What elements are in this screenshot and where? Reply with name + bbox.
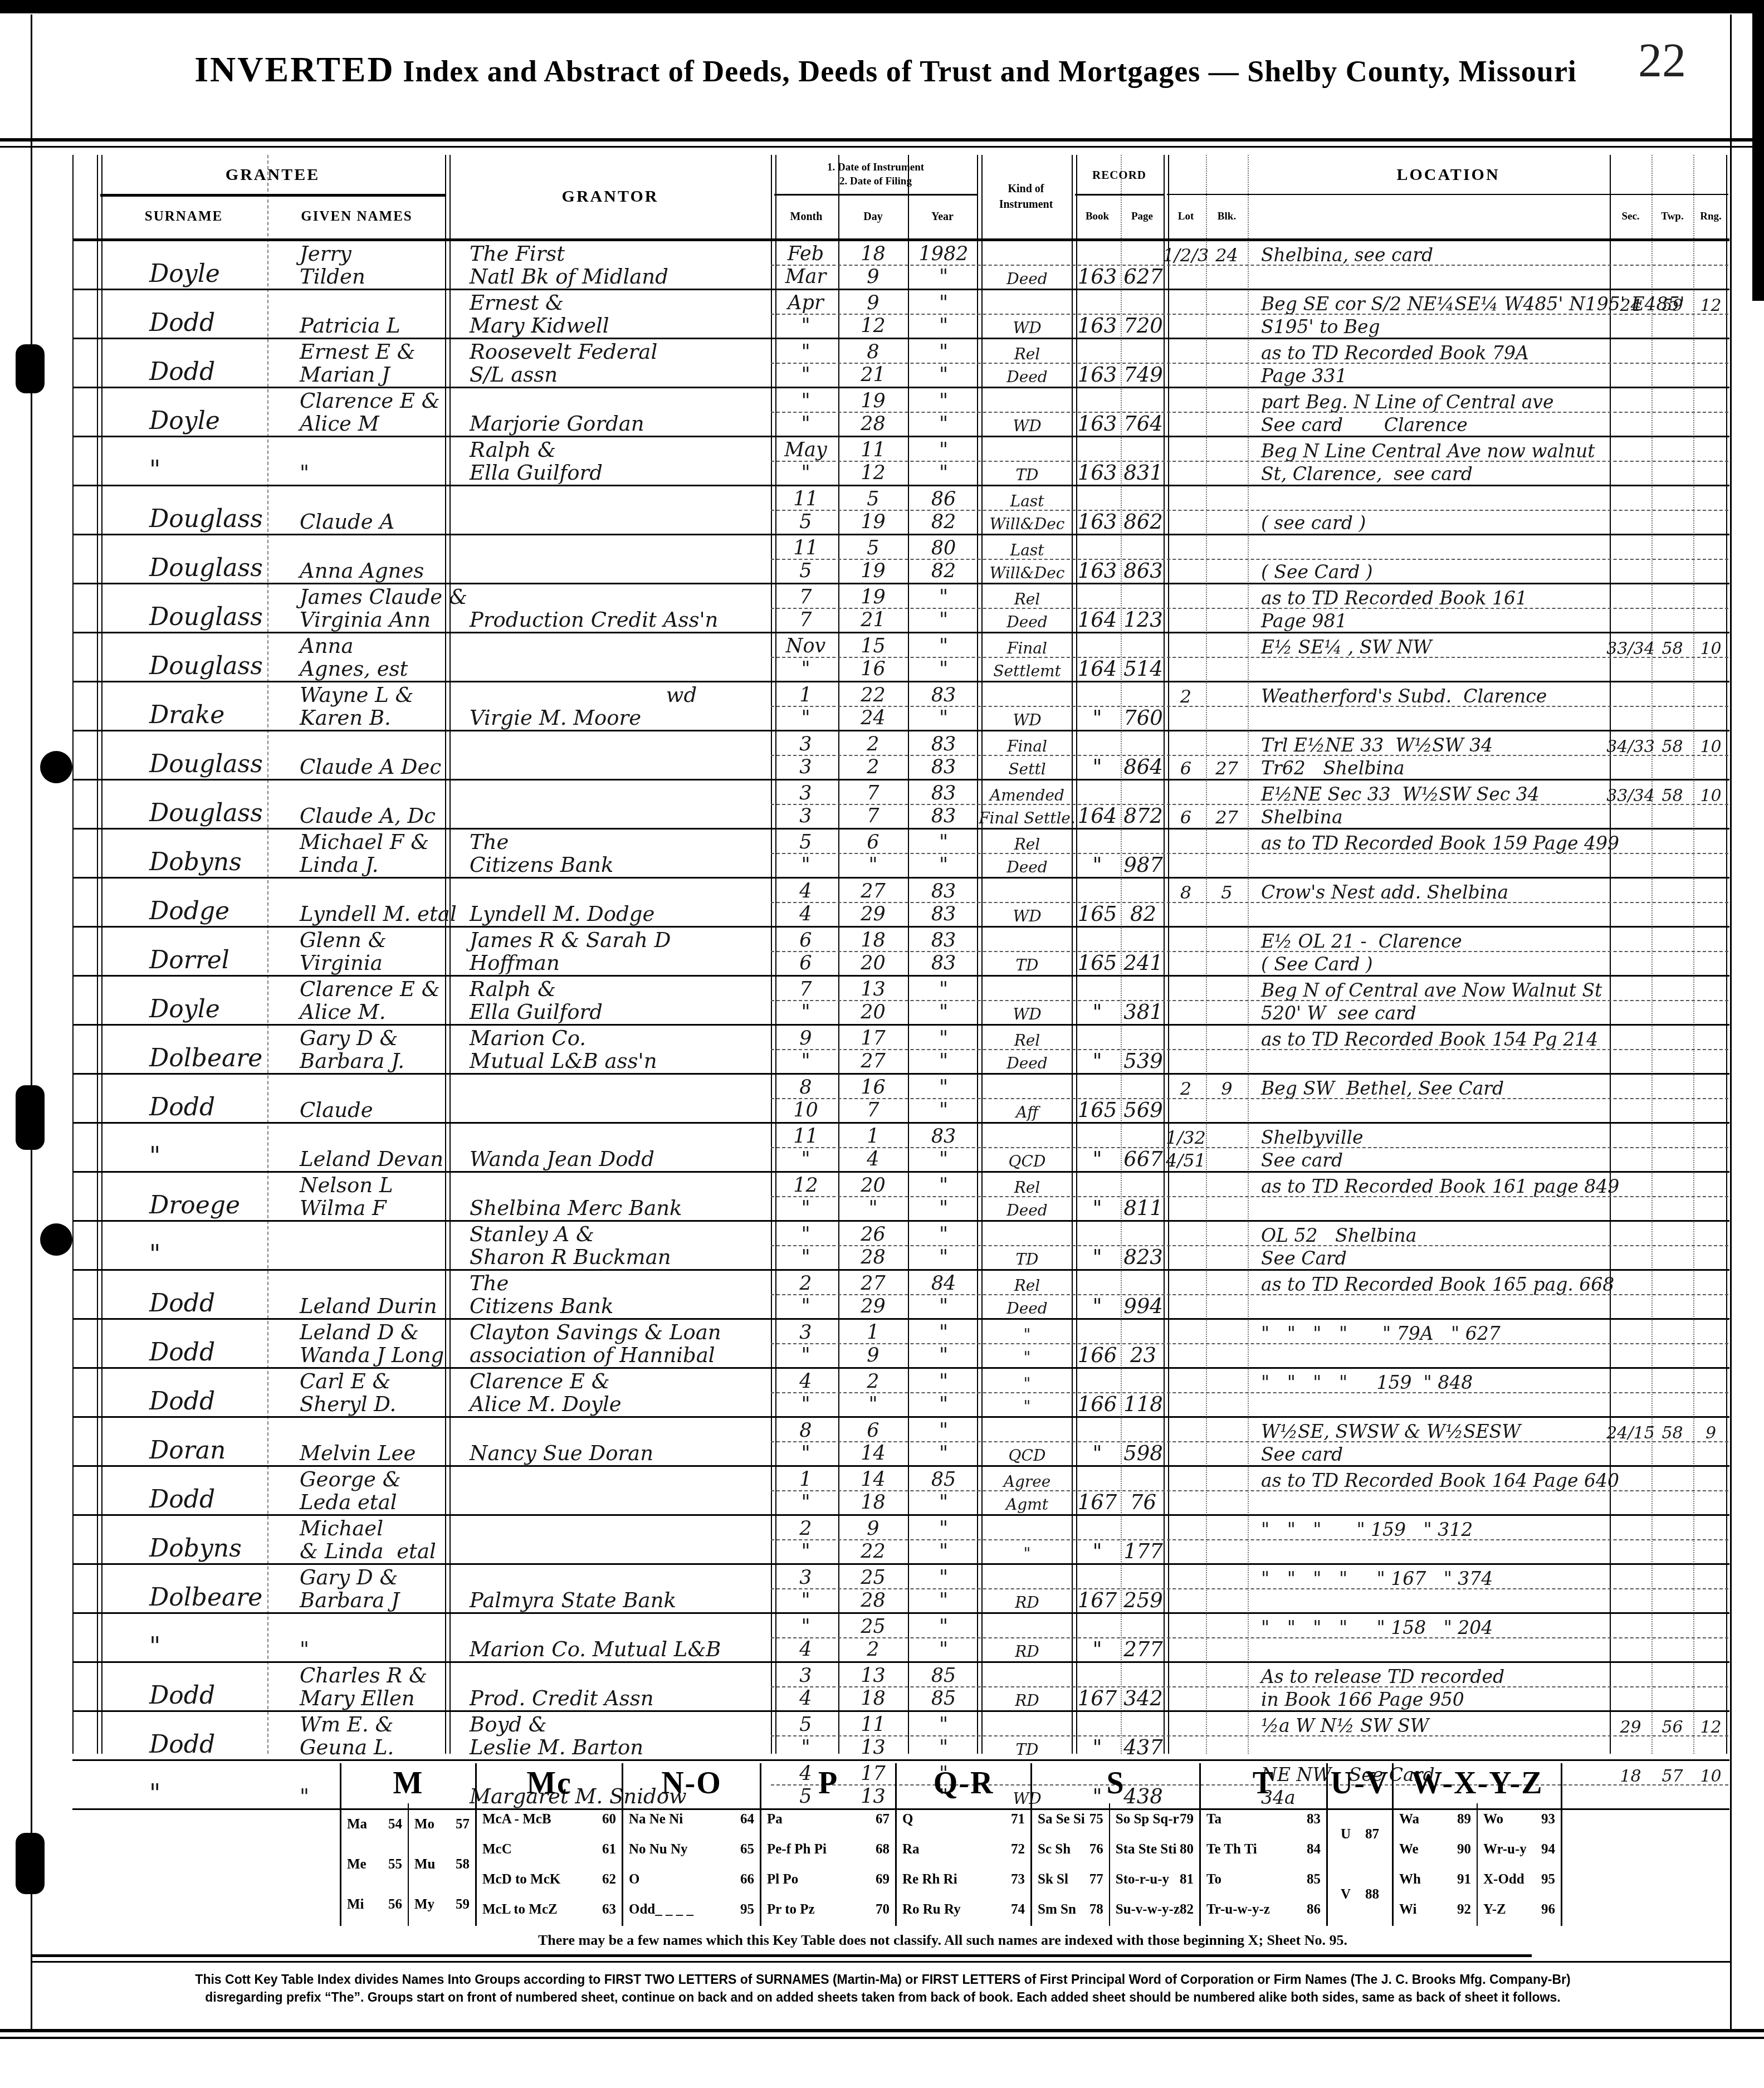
book-spacer	[1074, 928, 1121, 951]
key-item-number: 61	[602, 1842, 616, 1857]
grantor-line2	[470, 559, 793, 583]
instrument-year: 86	[908, 486, 979, 510]
cell-year: 85 "	[908, 1467, 979, 1514]
key-item-label: Wo	[1483, 1812, 1503, 1827]
book-spacer	[1074, 437, 1121, 461]
scan-artifact-dot-2	[40, 1223, 72, 1256]
location-line1: as to TD Recorded Book 154 Pg 214	[1261, 1026, 1623, 1049]
sec-value: 34/33	[1610, 731, 1651, 756]
lot-line1	[1166, 1565, 1206, 1588]
grantor-line1: Ralph &	[470, 977, 793, 1000]
table-row: Dodd George & Leda etal 1 " 14	[72, 1467, 1729, 1516]
rng-value	[1693, 977, 1728, 1001]
cell-location: " " " " " 158 " 204	[1248, 1614, 1623, 1661]
kind-line1	[980, 1222, 1074, 1245]
key-group: P Pa 67	[761, 1763, 897, 1926]
cell-sec	[1610, 388, 1651, 436]
record-page: 514	[1121, 657, 1166, 681]
grantor-line1: Marion Co.	[470, 1026, 793, 1049]
instrument-year: 83	[908, 731, 979, 755]
rng-value: 12	[1693, 1712, 1728, 1736]
lot-line2: 6	[1166, 804, 1206, 828]
key-item-number: 86	[1307, 1902, 1321, 1918]
lot-line1	[1166, 1369, 1206, 1392]
grantor-line2: S/L assn	[470, 363, 793, 387]
filing-year: "	[908, 1490, 979, 1514]
cell-year: 83 "	[908, 1124, 979, 1171]
filing-month: "	[773, 1735, 838, 1759]
cell-record-book: "	[1074, 682, 1121, 730]
rng-value	[1693, 928, 1728, 952]
instrument-day: 2	[838, 731, 908, 755]
location-line1: " " " " " 79A " 627	[1261, 1320, 1623, 1343]
kind-line2: WD	[980, 314, 1074, 338]
cell-record-book: "	[1074, 1222, 1121, 1269]
cell-location: Beg N of Central ave Now Walnut St 520' …	[1248, 977, 1623, 1024]
key-item-number: 60	[602, 1812, 616, 1827]
book-spacer	[1074, 1026, 1121, 1049]
key-item-number: 63	[602, 1902, 616, 1918]
cell-kind-of-instrument: Aff	[980, 1075, 1074, 1122]
filing-month: "	[773, 1539, 838, 1563]
key-group-columns: Ma 54 Me 55	[341, 1803, 475, 1926]
rng-value	[1693, 1565, 1728, 1589]
cell-record-book: 163	[1074, 290, 1121, 338]
cell-kind-of-instrument: Amended Final Settle.	[980, 780, 1074, 828]
key-item-label: Re Rh Ri	[902, 1872, 957, 1887]
grantor-line1	[470, 1173, 793, 1196]
key-column: Na Ne Ni 64 No Nu Ny 65	[623, 1803, 760, 1926]
key-item-number: 89	[1457, 1812, 1471, 1827]
cell-rng	[1693, 1173, 1728, 1220]
book-spacer	[1074, 584, 1121, 608]
location-line1: " " " " 159 " 848	[1261, 1369, 1623, 1392]
table-row: Dolbeare Gary D & Barbara J. Marion Co. …	[72, 1026, 1729, 1075]
lot-line2	[1166, 951, 1206, 975]
cell-record-book: 164	[1074, 633, 1121, 681]
cell-kind-of-instrument: Final Settlemt	[980, 633, 1074, 681]
grantor-line1	[470, 1418, 793, 1441]
cell-given-names: Glenn & Virginia	[268, 928, 478, 975]
cell-record-page: 277	[1121, 1614, 1166, 1661]
instrument-month: Feb	[773, 241, 838, 265]
record-page: 667	[1121, 1147, 1166, 1171]
blk-line2	[1206, 1392, 1248, 1416]
cell-kind-of-instrument: TD	[980, 1712, 1074, 1759]
cell-kind-of-instrument: QCD	[980, 1124, 1074, 1171]
location-line2	[1261, 1490, 1623, 1514]
sec-value: 33/34	[1610, 780, 1651, 805]
scan-artifact-tab-2	[16, 1085, 45, 1150]
table-row: Dobyns Michael F & Linda J. The Citizens…	[72, 830, 1729, 879]
instrument-year: "	[908, 437, 979, 461]
kind-line2: "	[980, 1539, 1074, 1563]
page-spacer	[1121, 241, 1166, 265]
cell-lot	[1166, 437, 1206, 485]
record-book: 163	[1074, 314, 1121, 338]
cell-year: " "	[908, 1712, 979, 1759]
key-item: Re Rh Ri 73	[897, 1866, 1030, 1894]
cell-day: 19 28	[838, 388, 908, 436]
key-item-number: 67	[876, 1812, 890, 1827]
grantor-line2: Alice M. Doyle	[470, 1392, 793, 1416]
kind-line2: Settl	[980, 755, 1074, 779]
key-item-number: 90	[1457, 1842, 1471, 1857]
page-spacer	[1121, 1565, 1166, 1588]
blk-line1	[1206, 1026, 1248, 1049]
book-spacer	[1074, 1467, 1121, 1490]
cell-record-page: 864	[1121, 731, 1166, 779]
cell-year: " "	[908, 437, 979, 485]
filing-day: 24	[838, 706, 908, 730]
kind-line2: QCD	[980, 1147, 1074, 1171]
kind-line2: RD	[980, 1588, 1074, 1612]
blk-line2	[1206, 461, 1248, 485]
lot-line1	[1166, 780, 1206, 804]
location-line1: Beg SW Bethel, See Card	[1261, 1075, 1623, 1098]
grantor-line1	[470, 1516, 793, 1539]
cell-record-page: 437	[1121, 1712, 1166, 1759]
twp-value	[1651, 535, 1693, 560]
filing-year: 83	[908, 951, 979, 975]
record-book: 163	[1074, 510, 1121, 534]
sec-value	[1610, 1222, 1651, 1246]
blk-line1	[1206, 1222, 1248, 1245]
cell-record-page: 987	[1121, 830, 1166, 877]
cell-grantor: Boyd & Leslie M. Barton	[449, 1712, 793, 1759]
location-line1: " " " " " 167 " 374	[1261, 1565, 1623, 1588]
kind-line2: TD	[980, 461, 1074, 485]
instrument-day: 6	[838, 1418, 908, 1441]
cell-month: 11 "	[773, 1124, 838, 1171]
rng-value	[1693, 1614, 1728, 1638]
table-row: Douglass James Claude & Virginia Ann Pro…	[72, 584, 1729, 633]
sec-value	[1610, 388, 1651, 413]
instrument-year: "	[908, 1565, 979, 1588]
key-item: Odd_ _ _ _ 95	[623, 1896, 760, 1924]
sec-value	[1610, 486, 1651, 511]
instrument-day: 27	[838, 879, 908, 902]
table-header: GRANTEE SURNAME GIVEN NAMES GRANTOR 1. D…	[72, 155, 1729, 241]
cell-rng	[1693, 486, 1728, 534]
cell-lot	[1166, 1271, 1206, 1318]
rng-value	[1693, 1075, 1728, 1099]
record-page: 277	[1121, 1637, 1166, 1661]
rng-value: 10	[1693, 1761, 1728, 1785]
key-item-label: McL to McZ	[482, 1902, 558, 1918]
cell-month: " "	[773, 388, 838, 436]
cell-sec	[1610, 1663, 1651, 1710]
key-group: Q-R Q 71	[897, 1763, 1032, 1926]
kind-line2: "	[980, 1343, 1074, 1367]
sec-value	[1610, 830, 1651, 854]
page-spacer	[1121, 584, 1166, 608]
header-lot: Lot	[1166, 197, 1206, 237]
cell-given-names: Gary D & Barbara J.	[268, 1026, 478, 1073]
blk-line1	[1206, 1712, 1248, 1735]
kind-line1: Rel	[980, 1173, 1074, 1196]
scan-artifact-tab-1	[16, 344, 45, 393]
grantor-line2: Hoffman	[470, 951, 793, 975]
key-item-label: Mi	[347, 1897, 364, 1913]
cell-location: Weatherford's Subd. Clarence	[1248, 682, 1623, 730]
header-given-names: GIVEN NAMES	[268, 197, 445, 237]
key-item-number: 94	[1541, 1842, 1555, 1857]
cell-sec	[1610, 339, 1651, 387]
kind-line2: TD	[980, 1245, 1074, 1269]
filing-month: "	[773, 706, 838, 730]
blk-line1	[1206, 1271, 1248, 1294]
instrument-year: "	[908, 1369, 979, 1392]
lot-line1	[1166, 1516, 1206, 1539]
table-row: Dodd Claude 8 10 16 7	[72, 1075, 1729, 1124]
instrument-day: 5	[838, 535, 908, 559]
record-page: 863	[1121, 559, 1166, 583]
cell-lot: 2	[1166, 682, 1206, 730]
blk-line1	[1206, 1320, 1248, 1343]
sec-value	[1610, 977, 1651, 1001]
grantor-line2: Lyndell M. Dodge	[470, 902, 793, 926]
key-item: Mo 57	[409, 1811, 475, 1838]
page-spacer	[1121, 1712, 1166, 1735]
lot-line1	[1166, 731, 1206, 755]
cell-year: " "	[908, 1222, 979, 1269]
key-table: M Ma 54	[340, 1763, 1562, 1926]
cell-sec	[1610, 1222, 1651, 1269]
grantor-line1	[470, 1467, 793, 1490]
key-item: So Sp Sq-r 79	[1110, 1806, 1199, 1833]
instrument-day: 25	[838, 1614, 908, 1637]
record-book: 165	[1074, 1098, 1121, 1122]
key-item: Pa 67	[761, 1806, 895, 1833]
cell-day: 27 29	[838, 1271, 908, 1318]
kind-line1: Last	[980, 535, 1074, 559]
cell-given-names: "	[268, 437, 478, 485]
cell-year: 86 82	[908, 486, 979, 534]
key-item-number: 79	[1180, 1812, 1194, 1827]
book-spacer	[1074, 1124, 1121, 1147]
cell-record-book: "	[1074, 1124, 1121, 1171]
cell-year: " "	[908, 1026, 979, 1073]
filing-day: 18	[838, 1490, 908, 1514]
filing-day: 28	[838, 1245, 908, 1269]
cell-blk	[1206, 1712, 1248, 1759]
lot-line1	[1166, 633, 1206, 657]
cell-day: 17 27	[838, 1026, 908, 1073]
record-book: "	[1074, 1196, 1121, 1220]
rng-value: 12	[1693, 290, 1728, 315]
filing-year: "	[908, 1343, 979, 1367]
sec-value	[1610, 1124, 1651, 1148]
cell-twp	[1651, 1124, 1693, 1171]
kind-line2: Deed	[980, 1049, 1074, 1073]
cell-blk	[1206, 290, 1248, 338]
sec-value	[1610, 928, 1651, 952]
key-item-number: 55	[388, 1857, 402, 1872]
key-item-number: 72	[1011, 1842, 1025, 1857]
location-line2	[1261, 1588, 1623, 1612]
key-group-columns: Na Ne Ni 64 No Nu Ny 65	[623, 1803, 760, 1926]
filing-day: 19	[838, 510, 908, 534]
blk-line1	[1206, 830, 1248, 853]
cell-blk: 27	[1206, 780, 1248, 828]
kind-line1: Last	[980, 486, 1074, 510]
page-spacer	[1121, 731, 1166, 755]
sec-value	[1610, 1467, 1651, 1491]
blk-line2	[1206, 510, 1248, 534]
cell-month: 8 "	[773, 1418, 838, 1465]
cell-record-page: 118	[1121, 1369, 1166, 1416]
lot-line1	[1166, 1271, 1206, 1294]
key-item-label: Wa	[1399, 1812, 1419, 1827]
record-page: 177	[1121, 1539, 1166, 1563]
cell-rng: 12	[1693, 290, 1728, 338]
lot-line1: 1/32	[1166, 1124, 1206, 1147]
record-page: 823	[1121, 1245, 1166, 1269]
grantor-line1: James R & Sarah D	[470, 928, 793, 951]
cell-grantor: The First Natl Bk of Midland	[449, 241, 793, 289]
filing-day: 28	[838, 1588, 908, 1612]
filing-month: "	[773, 314, 838, 338]
page-spacer	[1121, 486, 1166, 510]
grantor-line1: Ralph &	[470, 437, 793, 461]
key-item-label: Pl Po	[767, 1872, 798, 1887]
lot-line1	[1166, 437, 1206, 461]
location-line2	[1261, 1392, 1623, 1416]
instrument-month: 4	[773, 1369, 838, 1392]
header-grantor: GRANTOR	[449, 155, 771, 238]
cell-blk	[1206, 1222, 1248, 1269]
cell-given-names: Leland Devan	[268, 1124, 478, 1171]
blk-line1: 9	[1206, 1075, 1248, 1098]
record-page: 994	[1121, 1294, 1166, 1318]
cell-day: 25 2	[838, 1614, 908, 1661]
filing-year: 82	[908, 559, 979, 583]
key-group: T Ta 83	[1201, 1763, 1328, 1926]
cell-location: as to TD Recorded Book 161 page 849	[1248, 1173, 1623, 1220]
grantor-line2: Production Credit Ass'n	[470, 608, 793, 632]
cell-twp	[1651, 977, 1693, 1024]
cell-location: " " " " " 167 " 374	[1248, 1565, 1623, 1612]
key-item: V 88	[1328, 1871, 1392, 1919]
cell-location: W½SE, SWSW & W½SESW See card	[1248, 1418, 1623, 1465]
cell-twp	[1651, 388, 1693, 436]
cell-record-book: 165	[1074, 879, 1121, 926]
grantor-line1: Ernest &	[470, 290, 793, 314]
cell-sec	[1610, 535, 1651, 583]
cell-rng	[1693, 879, 1728, 926]
table-row: Dodd Carl E & Sheryl D. Clarence E & Ali…	[72, 1369, 1729, 1418]
cell-record-book: 166	[1074, 1320, 1121, 1367]
filing-month: "	[773, 1343, 838, 1367]
location-line1: W½SE, SWSW & W½SESW	[1261, 1418, 1623, 1441]
rng-value	[1693, 1467, 1728, 1491]
cell-lot	[1166, 1516, 1206, 1563]
instrument-year: 84	[908, 1271, 979, 1294]
instrument-day: 9	[838, 290, 908, 314]
instrument-month: 11	[773, 1124, 838, 1147]
blk-line1	[1206, 1124, 1248, 1147]
cell-record-page: 598	[1121, 1418, 1166, 1465]
book-spacer	[1074, 682, 1121, 706]
book-spacer	[1074, 486, 1121, 510]
key-item-number: 73	[1011, 1872, 1025, 1887]
cell-grantor	[449, 633, 793, 681]
lot-line2	[1166, 559, 1206, 583]
kind-line2: RD	[980, 1686, 1074, 1710]
cell-grantor: Ralph & Ella Guilford	[449, 977, 793, 1024]
key-item-label: Ra	[902, 1842, 920, 1857]
grantor-line1	[470, 1075, 793, 1098]
lot-line2	[1166, 461, 1206, 485]
cell-record-page: 764	[1121, 388, 1166, 436]
cell-record-page: 831	[1121, 437, 1166, 485]
filing-month: "	[773, 1588, 838, 1612]
record-book: 167	[1074, 1686, 1121, 1710]
sec-value	[1610, 1663, 1651, 1687]
cell-blk	[1206, 535, 1248, 583]
cell-grantor: Wanda Jean Dodd	[449, 1124, 793, 1171]
cell-grantor: Ralph & Ella Guilford	[449, 437, 793, 485]
cell-kind-of-instrument: Rel Deed	[980, 1271, 1074, 1318]
cell-twp: 58	[1651, 1418, 1693, 1465]
book-spacer	[1074, 830, 1121, 853]
book-spacer	[1074, 1663, 1121, 1686]
grantor-line1: Roosevelt Federal	[470, 339, 793, 363]
blk-line2	[1206, 559, 1248, 583]
location-line1	[1261, 535, 1623, 559]
location-line2: See card	[1261, 1441, 1623, 1465]
key-item-number: 69	[876, 1872, 890, 1887]
blk-line1: 24	[1206, 241, 1248, 265]
cell-lot	[1166, 1320, 1206, 1367]
cell-blk	[1206, 633, 1248, 681]
cell-grantor: Ernest & Mary Kidwell	[449, 290, 793, 338]
cell-grantor	[449, 535, 793, 583]
key-items: Na Ne Ni 64 No Nu Ny 65	[623, 1803, 760, 1926]
table-row: Dodge Lyndell M. etal Lyndell M. Dodge 4…	[72, 879, 1729, 928]
cell-rng	[1693, 1222, 1728, 1269]
cell-day: 27 29	[838, 879, 908, 926]
cell-rng	[1693, 1663, 1728, 1710]
grantor-line1: The	[470, 830, 793, 853]
cell-record-page: 863	[1121, 535, 1166, 583]
filing-year: 83	[908, 804, 979, 828]
table-row: Dodd Leland Durin The Citizens Bank 2 "	[72, 1271, 1729, 1320]
lot-line2	[1166, 1588, 1206, 1612]
table-row: Dodd Patricia L Ernest & Mary Kidwell Ap…	[72, 290, 1729, 339]
filing-month: 4	[773, 902, 838, 926]
key-item: Tr-u-w-y-z 86	[1201, 1896, 1326, 1924]
cell-blk	[1206, 1418, 1248, 1465]
cell-rng	[1693, 1271, 1728, 1318]
record-page: 539	[1121, 1049, 1166, 1073]
record-page: 831	[1121, 461, 1166, 485]
cell-blk	[1206, 1467, 1248, 1514]
location-line2: S195' to Beg	[1261, 314, 1623, 338]
cell-lot	[1166, 388, 1206, 436]
book-spacer	[1074, 290, 1121, 314]
cell-grantor	[449, 486, 793, 534]
key-item: Te Th Ti 84	[1201, 1836, 1326, 1863]
cell-lot	[1166, 633, 1206, 681]
cell-year: 1982 "	[908, 241, 979, 289]
cell-record-book: 167	[1074, 1467, 1121, 1514]
filing-day: 7	[838, 804, 908, 828]
cell-year: " "	[908, 290, 979, 338]
instrument-year: "	[908, 1712, 979, 1735]
cell-record-book: 167	[1074, 1663, 1121, 1710]
